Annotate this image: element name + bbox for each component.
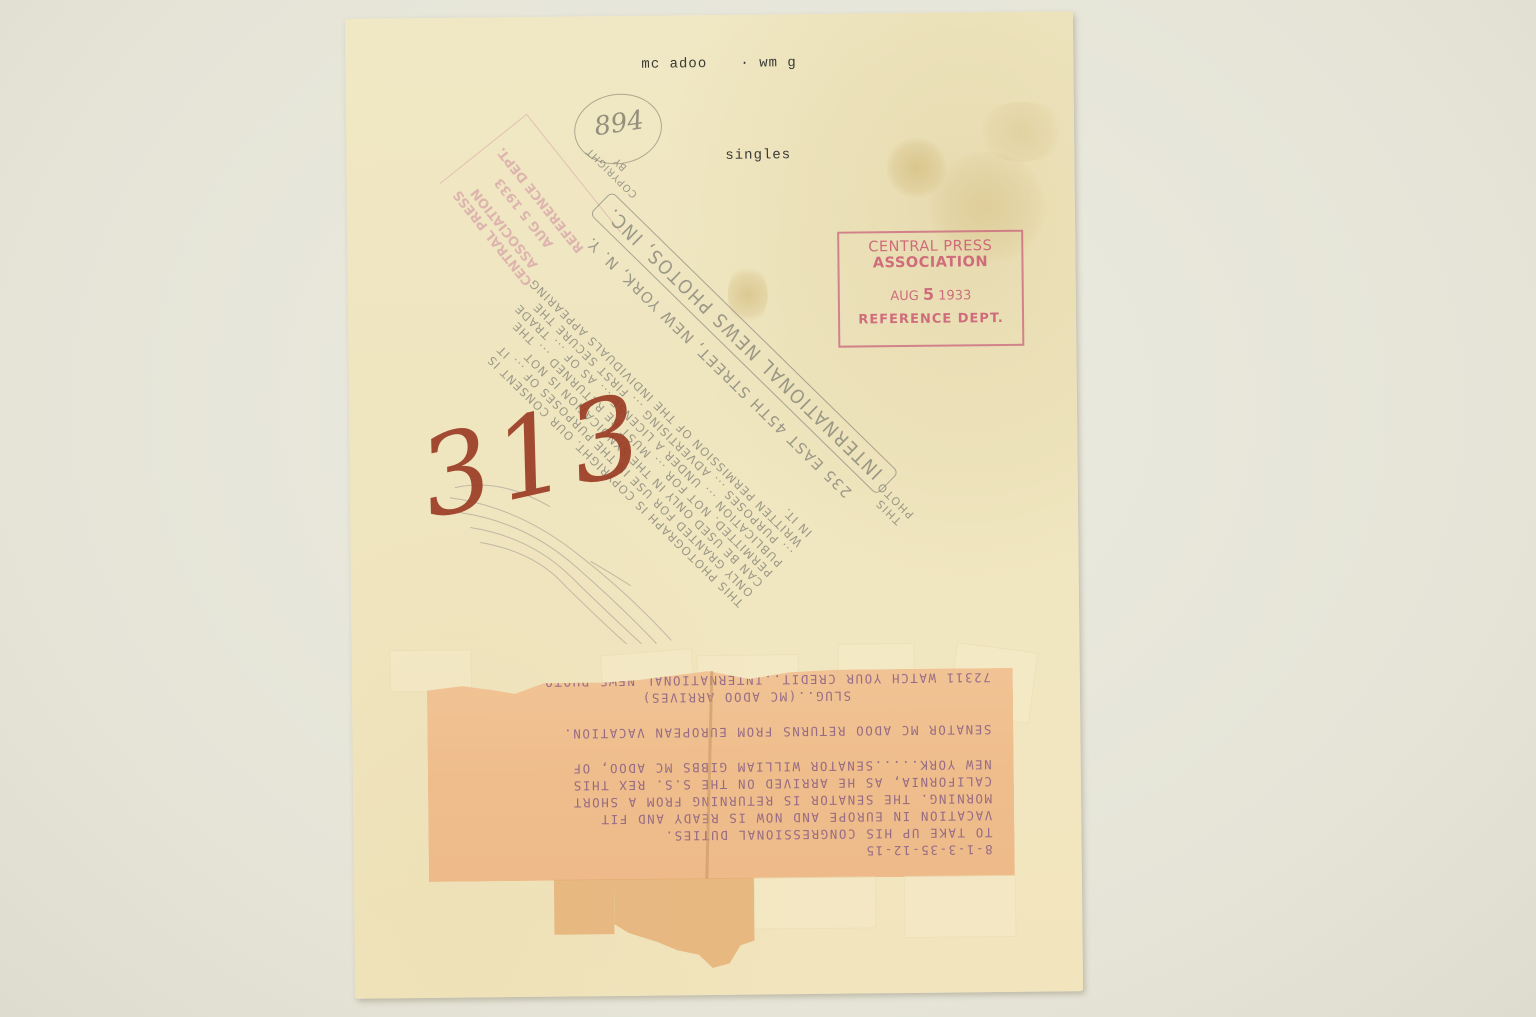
photo-reverse-sheet: mc adoo · wm g 894 singles CENTRAL PRESS… — [345, 11, 1083, 999]
header-typed-left: mc adoo — [641, 56, 707, 73]
header-typed-right: · wm g — [740, 55, 797, 72]
tape-strip-lower — [904, 875, 1017, 938]
tape-strip-lower — [754, 876, 877, 929]
singles-note: singles — [725, 147, 791, 164]
stamp-line-4: REFERENCE DEPT. — [840, 311, 1022, 328]
stamp-line-1: CENTRAL PRESS — [839, 238, 1021, 256]
stain — [976, 101, 1067, 162]
tape-strip-lower — [614, 878, 755, 969]
this-photo-label: THIS PHOTO — [870, 484, 917, 531]
caption-slip: 8-1-3-35-12-15 TO TAKE UP HIS CONGRESSIO… — [427, 668, 1015, 882]
tape-strip-lower — [554, 879, 615, 935]
caption-text: 8-1-3-35-12-15 TO TAKE UP HIS CONGRESSIO… — [427, 668, 1015, 882]
tape-strip — [390, 650, 472, 693]
stamp-line-2: ASSOCIATION — [839, 254, 1021, 272]
stamp-date: AUG 5 1933 — [840, 284, 1022, 305]
central-press-stamp: CENTRAL PRESS ASSOCIATION AUG 5 1933 REF… — [837, 230, 1024, 348]
